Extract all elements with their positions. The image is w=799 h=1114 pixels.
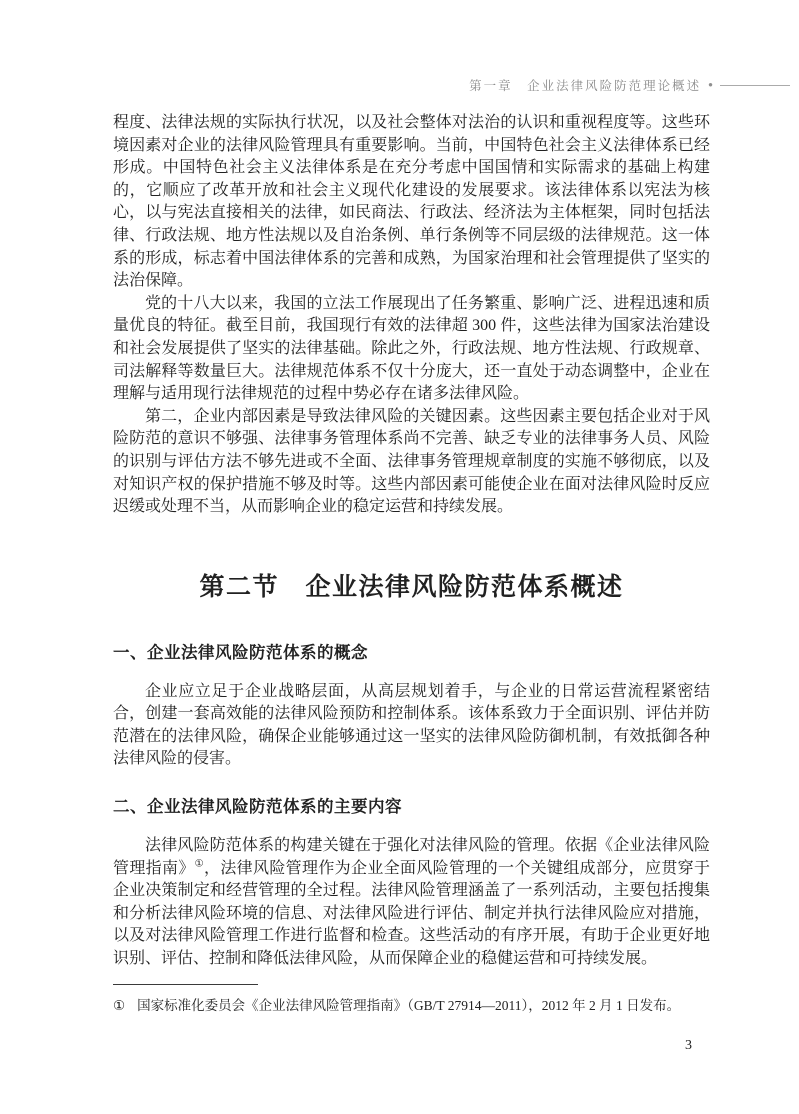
header-rule [720,85,790,86]
paragraph-text-after-ref: ，法律风险管理作为企业全面风险管理的一个关键组成部分，应贯穿于企业决策制定和经营… [113,860,710,967]
section-title: 第二节 企业法律风险防范体系概述 [113,567,710,603]
page-header: 第一章 企业法律风险防范理论概述 ● [113,76,790,94]
page-body: 程度、法律法规的实际执行状况，以及社会整体对法治的认识和重视程度等。这些环境因素… [113,112,710,971]
subsection-heading-2: 二、企业法律风险防范体系的主要内容 [113,793,710,817]
footnote: ① 国家标准化委员会《企业法律风险管理指南》（GB/T 27914—2011），… [113,996,710,1015]
footnote-marker: ① [113,996,125,1015]
paragraph: 法律风险防范体系的构建关键在于强化对法律风险的管理。依据《企业法律风险管理指南》… [113,835,710,971]
book-page: 第一章 企业法律风险防范理论概述 ● 程度、法律法规的实际执行状况，以及社会整体… [0,0,799,1114]
running-head-title: 第一章 企业法律风险防范理论概述 [469,76,701,94]
footnote-divider [113,984,258,985]
subsection-heading-1: 一、企业法律风险防范体系的概念 [113,639,710,663]
footnote-area: ① 国家标准化委员会《企业法律风险管理指南》（GB/T 27914—2011），… [113,984,710,1015]
page-number: 3 [113,1038,710,1054]
paragraph-continuation: 程度、法律法规的实际执行状况，以及社会整体对法治的认识和重视程度等。这些环境因素… [113,112,710,293]
paragraph: 第二，企业内部因素是导致法律风险的关键因素。这些因素主要包括企业对于风险防范的意… [113,406,710,519]
footnote-text: 国家标准化委员会《企业法律风险管理指南》（GB/T 27914—2011），20… [137,996,680,1015]
paragraph: 党的十八大以来，我国的立法工作展现出了任务繁重、影响广泛、进程迅速和质量优良的特… [113,293,710,406]
header-bullet-icon: ● [708,81,713,89]
footnote-reference-mark: ① [195,858,204,869]
paragraph: 企业应立足于企业战略层面，从高层规划着手，与企业的日常运营流程紧密结合，创建一套… [113,681,710,771]
